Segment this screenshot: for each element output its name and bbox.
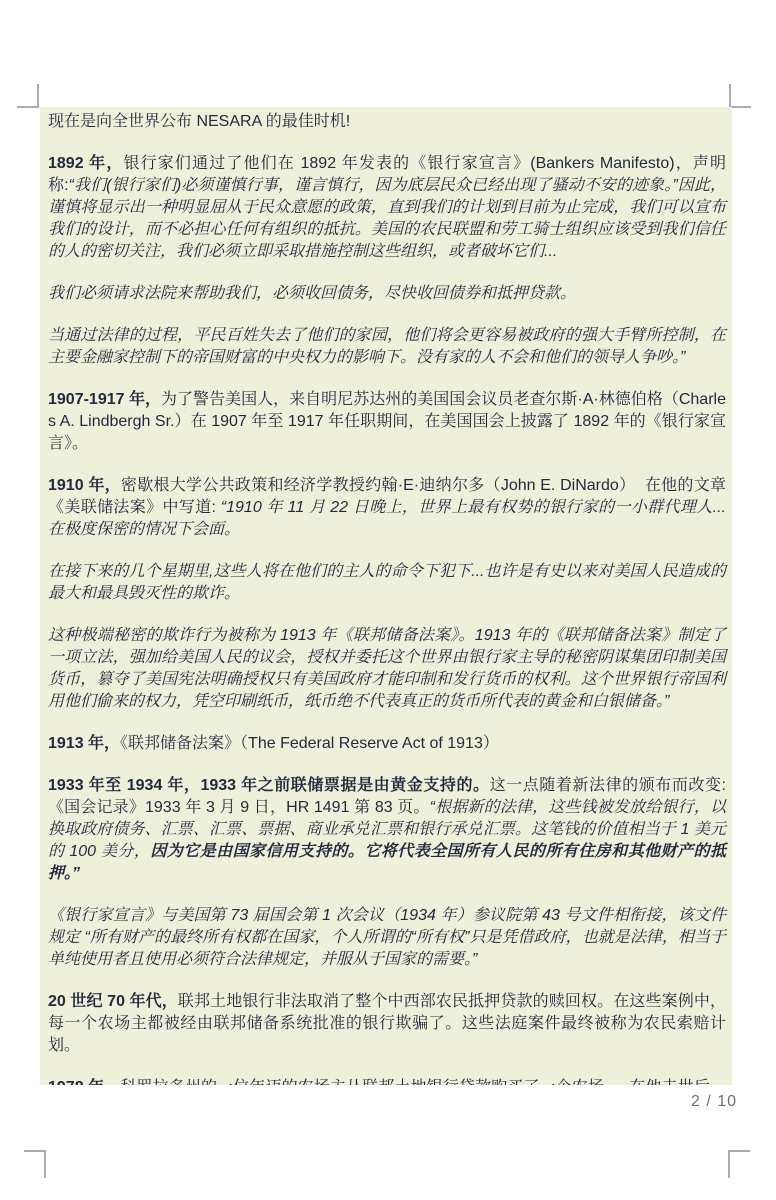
document-content[interactable]: 现在是向全世界公布 NESARA 的最佳时机!1892 年，银行家们通过了他们在… bbox=[40, 107, 732, 1085]
paragraph: 1978 年，科罗拉多州的一位年迈的农场主从联邦土地银行贷款购买了一个农场。 在… bbox=[48, 1077, 726, 1085]
text-segment: “我们(银行家们)必须谨慎行事，谨言慎行，因为底层民众已经出现了骚动不安的迹象。… bbox=[48, 177, 726, 260]
text-segment: 现在是向全世界公布 NESARA 的最佳时机! bbox=[48, 113, 350, 130]
text-segment: 1913 年， bbox=[48, 735, 120, 752]
page-indicator: 2 / 10 bbox=[691, 1093, 737, 1111]
text-segment: 在接下来的几个星期里,这些人将在他们的主人的命令下犯下...也许是有史以来对美国… bbox=[48, 563, 726, 602]
crop-mark-top-left bbox=[17, 84, 39, 108]
paragraph: 这种极端秘密的欺诈行为被称为 1913 年《联邦储备法案》。1913 年的《联邦… bbox=[48, 625, 726, 713]
crop-mark-bottom-left bbox=[24, 1150, 46, 1178]
crop-mark-bottom-right bbox=[728, 1150, 750, 1178]
paragraph: 《银行家宣言》与美国第 73 届国会第 1 次会议（1934 年）参议院第 43… bbox=[48, 905, 726, 971]
text-segment: 1933 年至 1934 年，1933 年之前联储票据是由黄金支持的。 bbox=[48, 777, 490, 794]
paragraph: 1907-1917 年，为了警告美国人，来自明尼苏达州的美国国会议员老查尔斯·A… bbox=[48, 389, 726, 455]
paragraph: 1892 年，银行家们通过了他们在 1892 年发表的《银行家宣言》(Banke… bbox=[48, 153, 726, 263]
paragraph: 当通过法律的过程，平民百姓失去了他们的家园，他们将会更容易被政府的强大手臂所控制… bbox=[48, 325, 726, 369]
reader-page[interactable]: 现在是向全世界公布 NESARA 的最佳时机!1892 年，银行家们通过了他们在… bbox=[0, 0, 776, 1200]
text-segment: 这种极端秘密的欺诈行为被称为 1913 年《联邦储备法案》。1913 年的《联邦… bbox=[48, 627, 726, 710]
text-segment: 1892 年， bbox=[48, 155, 123, 172]
text-segment: 因为它是由国家信用支持的。它将代表全国所有人民的所有住房和其他财产的抵押。” bbox=[48, 843, 726, 882]
text-segment: 20 世纪 70 年代， bbox=[48, 993, 178, 1010]
paragraph: 我们必须请求法院来帮助我们，必须收回债务，尽快收回债券和抵押贷款。 bbox=[48, 283, 726, 305]
text-segment: 1978 年， bbox=[48, 1079, 120, 1085]
text-segment: 《银行家宣言》与美国第 73 届国会第 1 次会议（1934 年）参议院第 43… bbox=[48, 907, 726, 968]
paragraph: 1933 年至 1934 年，1933 年之前联储票据是由黄金支持的。这一点随着… bbox=[48, 775, 726, 885]
text-segment: 1907-1917 年， bbox=[48, 391, 161, 408]
crop-mark-top-right bbox=[729, 84, 751, 108]
text-segment: 当通过法律的过程，平民百姓失去了他们的家园，他们将会更容易被政府的强大手臂所控制… bbox=[48, 327, 726, 366]
paragraph: 1913 年，《联邦储备法案》（The Federal Reserve Act … bbox=[48, 733, 726, 755]
paragraph: 1910 年，密歇根大学公共政策和经济学教授约翰·E·迪纳尔多（John E. … bbox=[48, 475, 726, 541]
text-segment: 《联邦储备法案》（The Federal Reserve Act of 1913… bbox=[120, 735, 499, 752]
text-segment: 我们必须请求法院来帮助我们，必须收回债务，尽快收回债券和抵押贷款。 bbox=[48, 285, 576, 302]
paragraph: 20 世纪 70 年代，联邦土地银行非法取消了整个中西部农民抵押贷款的赎回权。在… bbox=[48, 991, 726, 1057]
paragraph: 现在是向全世界公布 NESARA 的最佳时机! bbox=[48, 111, 726, 133]
paragraph: 在接下来的几个星期里,这些人将在他们的主人的命令下犯下...也许是有史以来对美国… bbox=[48, 561, 726, 605]
text-segment: 1910 年， bbox=[48, 477, 121, 494]
text-segment: 科罗拉多州的一位年迈的农场主从联邦土地银行贷款购买了一个农场。 在他去世后，财产… bbox=[48, 1079, 726, 1085]
